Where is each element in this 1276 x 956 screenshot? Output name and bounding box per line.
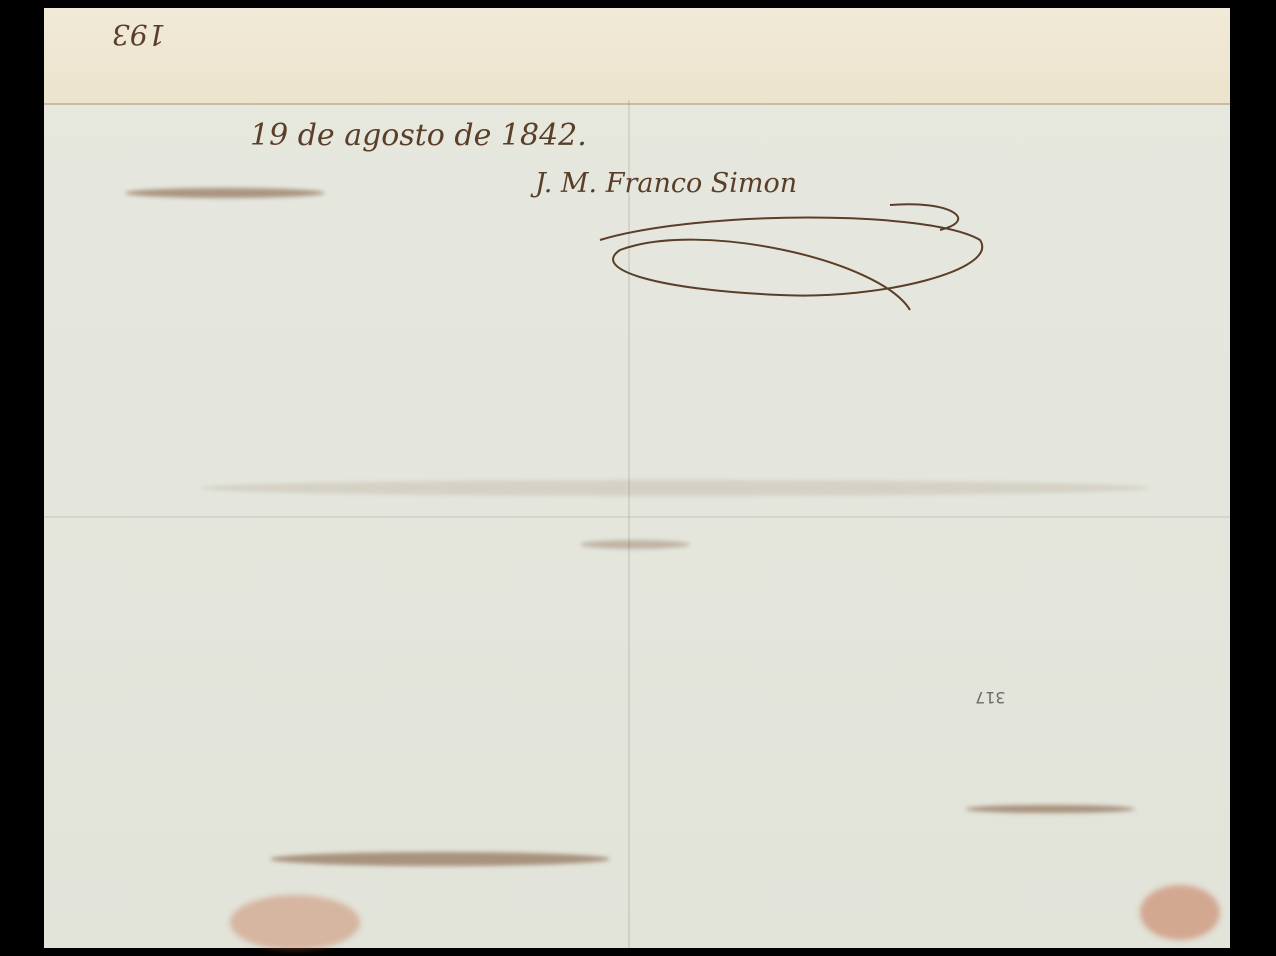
stain	[1140, 885, 1220, 940]
horizontal-fold-line	[44, 516, 1230, 518]
signature-flourish	[580, 200, 1000, 340]
ink-bleed-line	[200, 480, 1150, 496]
ink-bleed-stroke	[580, 540, 690, 549]
strip-number: 193	[112, 18, 165, 51]
top-paper-strip	[44, 8, 1230, 105]
signature: J. M. Franco Simon	[535, 168, 797, 199]
ink-bleed-stroke	[125, 188, 325, 198]
pencil-notation: 317	[975, 688, 1006, 707]
stain	[230, 895, 360, 950]
ink-bleed-stroke	[965, 805, 1135, 813]
date-line: 19 de agosto de 1842.	[250, 118, 587, 153]
ink-bleed-stroke	[270, 852, 610, 866]
